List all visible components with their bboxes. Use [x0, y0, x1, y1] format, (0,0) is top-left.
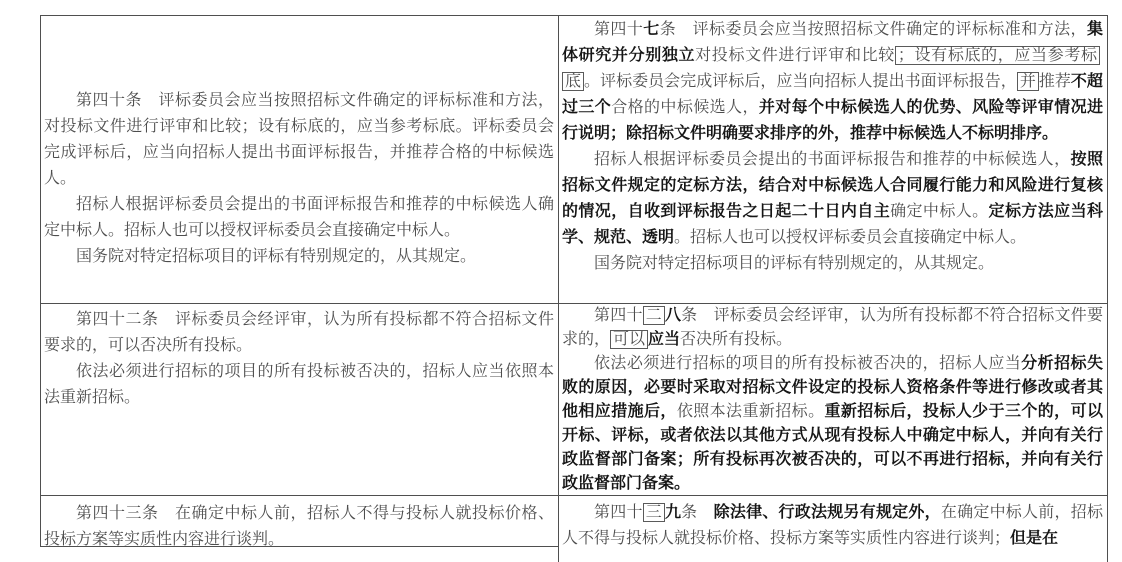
text-run: 。评标委员会完成评标后，应当向招标人提出书面评标报告，: [584, 73, 1017, 90]
text-run: 第四十条 评标委员会应当按照招标文件确定的评标标准和方法，对投标文件进行评审和比…: [44, 92, 554, 187]
paragraph: 第四十二条 评标委员会经评审，认为所有投标都不符合招标文件要求的，可以否决所有投…: [44, 307, 554, 359]
table-border-top: [40, 15, 1108, 16]
deleted-text-box: 可以: [610, 330, 648, 349]
table-border-row2-divider: [40, 495, 1108, 496]
text-run: 第四十: [594, 21, 643, 38]
table-cell-right-row3: 第四十三九条 除法律、行政法规另有规定外，在确定中标人前，招标人不得与投标人就投…: [562, 500, 1103, 552]
paragraph: 招标人根据评标委员会提出的书面评标报告和推荐的中标候选人确定中标人。招标人也可以…: [44, 192, 554, 244]
table-cell-right-row1: 第四十七条 评标委员会应当按照招标文件确定的评标标准和方法，集体研究并分别独立对…: [562, 17, 1103, 277]
deleted-text-box: 并: [1017, 72, 1039, 91]
text-run: 确定中标人。: [890, 203, 988, 220]
added-text: 七: [643, 21, 659, 38]
table-cell-right-row2: 第四十二八条 评标委员会经评审，认为所有投标都不符合招标文件要求的，可以应当否决…: [562, 304, 1103, 496]
text-run: 。招标人也可以授权评标委员会直接确定中标人。: [674, 229, 1026, 246]
text-run: 第四十三条 在确定中标人前，招标人不得与投标人就投标价格、投标方案等实质性内容进…: [44, 505, 554, 548]
paragraph: 国务院对特定招标项目的评标有特别规定的，从其规定。: [44, 244, 554, 270]
table-border-column-divider: [558, 15, 559, 562]
table-border-row1-divider: [40, 303, 1108, 304]
added-text: 应当: [648, 331, 680, 348]
added-text: 但是在: [1010, 530, 1058, 547]
text-run: 条: [681, 504, 713, 521]
text-run: 第四十: [594, 504, 643, 521]
text-run: 依法必须进行招标的项目的所有投标被否决的，招标人应当: [594, 355, 1021, 372]
deleted-text-box: 二: [643, 306, 665, 325]
text-run: 第四十: [594, 307, 643, 324]
paragraph: 依法必须进行招标的项目的所有投标被否决的，招标人应当分析招标失败的原因，必要时采…: [562, 352, 1103, 496]
table-border-left: [40, 15, 41, 547]
text-run: 条 评标委员会应当按照招标文件确定的评标标准和方法，: [660, 21, 1087, 38]
text-run: 推荐: [1039, 73, 1071, 90]
paragraph: 第四十二八条 评标委员会经评审，认为所有投标都不符合招标文件要求的，可以应当否决…: [562, 304, 1103, 352]
paragraph: 依法必须进行招标的项目的所有投标被否决的，招标人应当依照本法重新招标。: [44, 359, 554, 411]
table-border-right: [1107, 15, 1108, 562]
text-run: 否决所有投标。: [680, 331, 792, 348]
text-run: 对投标文件进行评审和比较: [695, 47, 895, 64]
text-run: 依照本法重新招标。: [677, 403, 825, 420]
text-run: 依法必须进行招标的项目的所有投标被否决的，招标人应当依照本法重新招标。: [44, 363, 554, 406]
added-text: 除法律、行政法规另有规定外，: [714, 504, 941, 521]
text-run: 国务院对特定招标项目的评标有特别规定的，从其规定。: [76, 248, 476, 265]
paragraph: 招标人根据评标委员会提出的书面评标报告和推荐的中标候选人，按照招标文件规定的定标…: [562, 147, 1103, 251]
table-border-left-column-bottom: [40, 546, 559, 547]
text-run: 招标人根据评标委员会提出的书面评标报告和推荐的中标候选人，: [594, 151, 1071, 168]
paragraph: 第四十三九条 除法律、行政法规另有规定外，在确定中标人前，招标人不得与投标人就投…: [562, 500, 1103, 552]
text-run: 合格的中标候选人，: [611, 99, 759, 116]
table-cell-left-row2: 第四十二条 评标委员会经评审，认为所有投标都不符合招标文件要求的，可以否决所有投…: [44, 307, 554, 411]
table-cell-left-row1: 第四十条 评标委员会应当按照招标文件确定的评标标准和方法，对投标文件进行评审和比…: [44, 88, 554, 270]
text-run: 第四十二条 评标委员会经评审，认为所有投标都不符合招标文件要求的，可以否决所有投…: [44, 311, 554, 354]
document-page: 第四十条 评标委员会应当按照招标文件确定的评标标准和方法，对投标文件进行评审和比…: [0, 0, 1122, 562]
paragraph: 第四十七条 评标委员会应当按照招标文件确定的评标标准和方法，集体研究并分别独立对…: [562, 17, 1103, 147]
added-text: 八: [665, 307, 681, 324]
text-run: 国务院对特定招标项目的评标有特别规定的，从其规定。: [594, 255, 994, 272]
paragraph: 国务院对特定招标项目的评标有特别规定的，从其规定。: [562, 251, 1103, 277]
deleted-text-box: 三: [643, 503, 665, 522]
text-run: 招标人根据评标委员会提出的书面评标报告和推荐的中标候选人确定中标人。招标人也可以…: [44, 196, 554, 239]
paragraph: 第四十条 评标委员会应当按照招标文件确定的评标标准和方法，对投标文件进行评审和比…: [44, 88, 554, 192]
added-text: 九: [665, 504, 681, 521]
